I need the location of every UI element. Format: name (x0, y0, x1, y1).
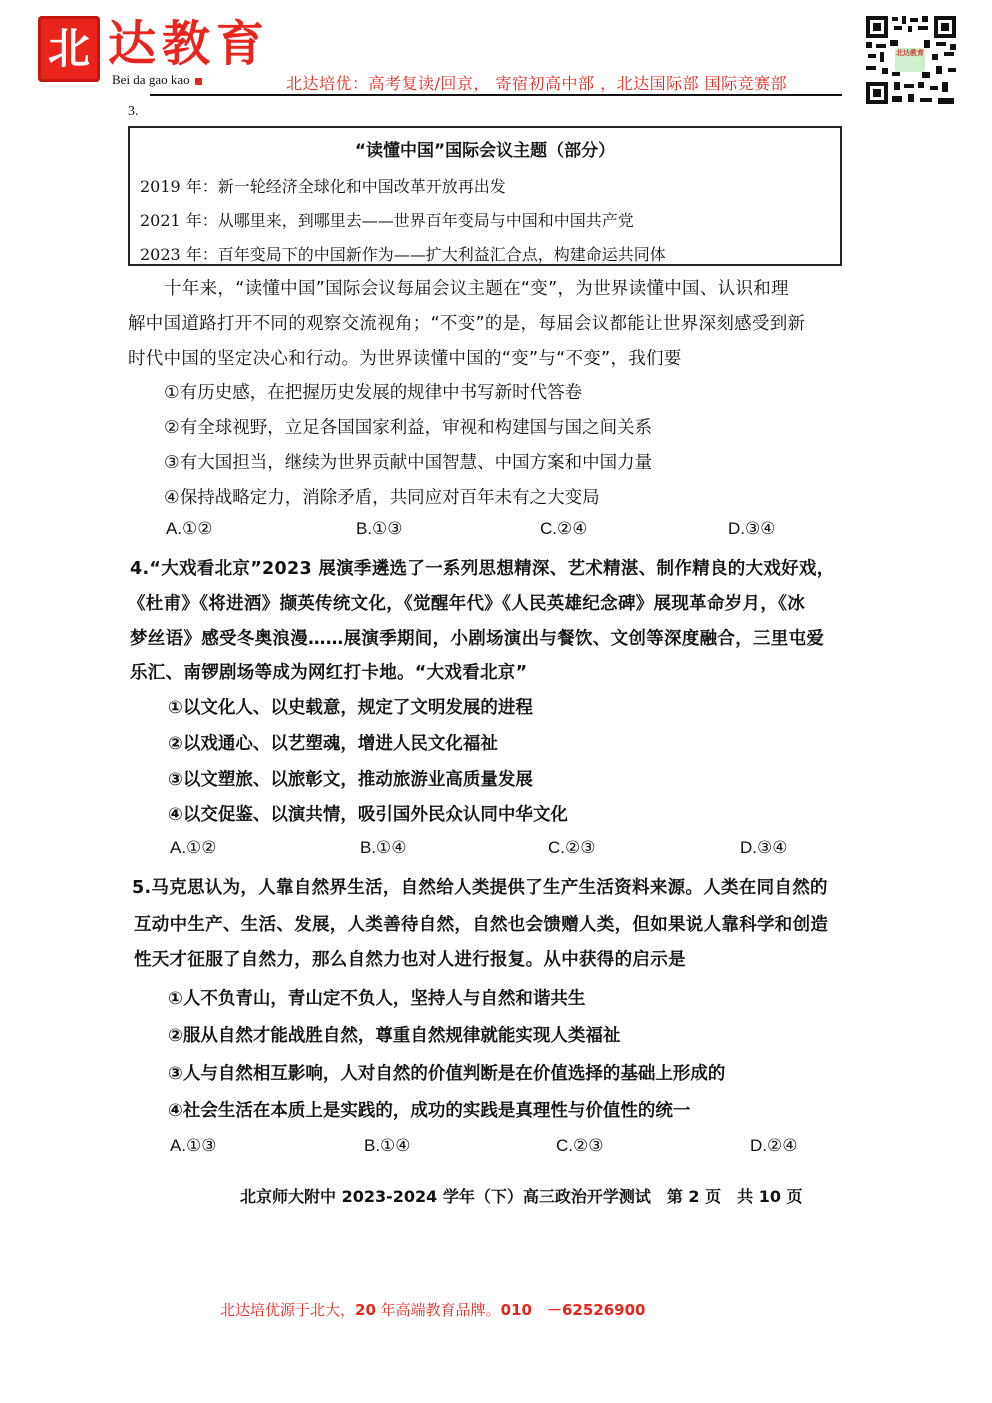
question-5-stem: 互动中生产、生活、发展，人类善待自然，自然也会馈赠人类，但如果说人靠科学和创造 (134, 911, 828, 936)
question-5-choice-d: D.②④ (750, 1136, 797, 1156)
question-5-option: ①人不负青山，青山定不负人，坚持人与自然和谐共生 (168, 985, 585, 1010)
question-3-stem: 解中国道路打开不同的观察交流视角；“不变”的是，每届会议都能让世界深刻感受到新 (128, 310, 805, 335)
question-4-option: ④以交促鉴、以演共情，吸引国外民众认同中华文化 (168, 801, 568, 826)
question-3-option: ④保持战略定力，消除矛盾，共同应对百年未有之大变局 (164, 484, 600, 509)
theme-row: 2021 年：从哪里来，到哪里去——世界百年变局与中国和中国共产党 (140, 208, 634, 231)
phone-number: 010 －62526900 (501, 1301, 646, 1319)
question-4-stem: 4.“大戏看北京”2023 展演季遴选了一系列思想精深、艺术精湛、制作精良的大戏… (130, 555, 835, 580)
question-3-choice-c: C.②④ (540, 519, 587, 539)
qr-badge: 北达教育 (895, 48, 925, 72)
header-slogan: 北达培优：高考复读/回京， 寄宿初高中部 ，北达国际部 国际竞赛部 (286, 71, 787, 94)
question-5-stem: 5.马克思认为，人靠自然界生活，自然给人类提供了生产生活资料来源。人类在同自然的 (132, 874, 828, 899)
question-5-choice-a: A.①③ (170, 1136, 217, 1156)
theme-table-box: “读懂中国”国际会议主题（部分） 2019 年：新一轮经济全球化和中国改革开放再… (128, 126, 842, 266)
question-3-option: ①有历史感，在把握历史发展的规律中书写新时代答卷 (164, 379, 582, 404)
logo-char: 北 (48, 28, 90, 70)
question-3-stem: 十年来，“读懂中国”国际会议每届会议主题在“变”，为世界读懂中国、认识和理 (164, 275, 789, 300)
question-4-option: ①以文化人、以史载意，规定了文明发展的进程 (168, 694, 533, 719)
question-4-stem: 梦丝语》感受冬奥浪漫……展演季期间，小剧场演出与餐饮、文创等深度融合，三里屯爱 (130, 625, 824, 650)
question-5-option: ②服从自然才能战胜自然，尊重自然规律就能实现人类福祉 (168, 1022, 620, 1047)
theme-row: 2019 年：新一轮经济全球化和中国改革开放再出发 (140, 174, 506, 197)
theme-row: 2023 年：百年变局下的中国新作为——扩大利益汇合点，构建命运共同体 (140, 242, 666, 265)
page-footer: 北京师大附中 2023-2024 学年（下）高三政治开学测试 第 2 页 共 1… (240, 1184, 803, 1207)
question-5-option: ④社会生活在本质上是实践的，成功的实践是真理性与价值性的统一 (168, 1097, 690, 1122)
question-4-stem: 乐汇、南锣剧场等成为网红打卡地。“大戏看北京” (130, 659, 527, 684)
question-5-option: ③人与自然相互影响，人对自然的价值判断是在价值选择的基础上形成的 (168, 1060, 725, 1085)
question-4-choice-a: A.①② (170, 838, 217, 858)
question-3-stem: 时代中国的坚定决心和行动。为世界读懂中国的“变”与“不变”，我们要 (128, 345, 682, 370)
question-5-choice-b: B.①④ (364, 1136, 411, 1156)
logo-subtitle: Bei da gao kao (112, 72, 202, 88)
logo-mark: 北 (38, 16, 100, 82)
question-3-number: 3. (128, 104, 139, 120)
question-4-choice-c: C.②③ (548, 838, 595, 858)
logo-text: 达教育 (108, 14, 270, 74)
header-divider (150, 94, 842, 96)
question-4-option: ③以文塑旅、以旅彰文，推动旅游业高质量发展 (168, 766, 533, 791)
question-4-stem: 《杜甫》《将进酒》撷英传统文化，《觉醒年代》《人民英雄纪念碑》展现革命岁月，《冰 (128, 590, 805, 615)
question-4-choice-b: B.①④ (360, 838, 407, 858)
footer-advertisement: 北达培优源于北大，20 年高端教育品牌。010 －62526900 (220, 1299, 645, 1320)
theme-table-title: “读懂中国”国际会议主题（部分） (130, 136, 840, 161)
question-3-option: ②有全球视野，立足各国国家利益，审视和构建国与国之间关系 (164, 414, 652, 439)
question-3-choice-a: A.①② (166, 519, 213, 539)
question-4-choice-d: D.③④ (740, 838, 787, 858)
question-3-choice-b: B.①③ (356, 519, 403, 539)
question-3-option: ③有大国担当，继续为世界贡献中国智慧、中国方案和中国力量 (164, 449, 652, 474)
square-icon (195, 78, 202, 85)
question-5-stem: 性天才征服了自然力，那么自然力也对人进行报复。从中获得的启示是 (134, 946, 686, 971)
question-4-option: ②以戏通心、以艺塑魂，增进人民文化福祉 (168, 730, 498, 755)
question-3-choice-d: D.③④ (728, 519, 775, 539)
question-5-choice-c: C.②③ (556, 1136, 603, 1156)
